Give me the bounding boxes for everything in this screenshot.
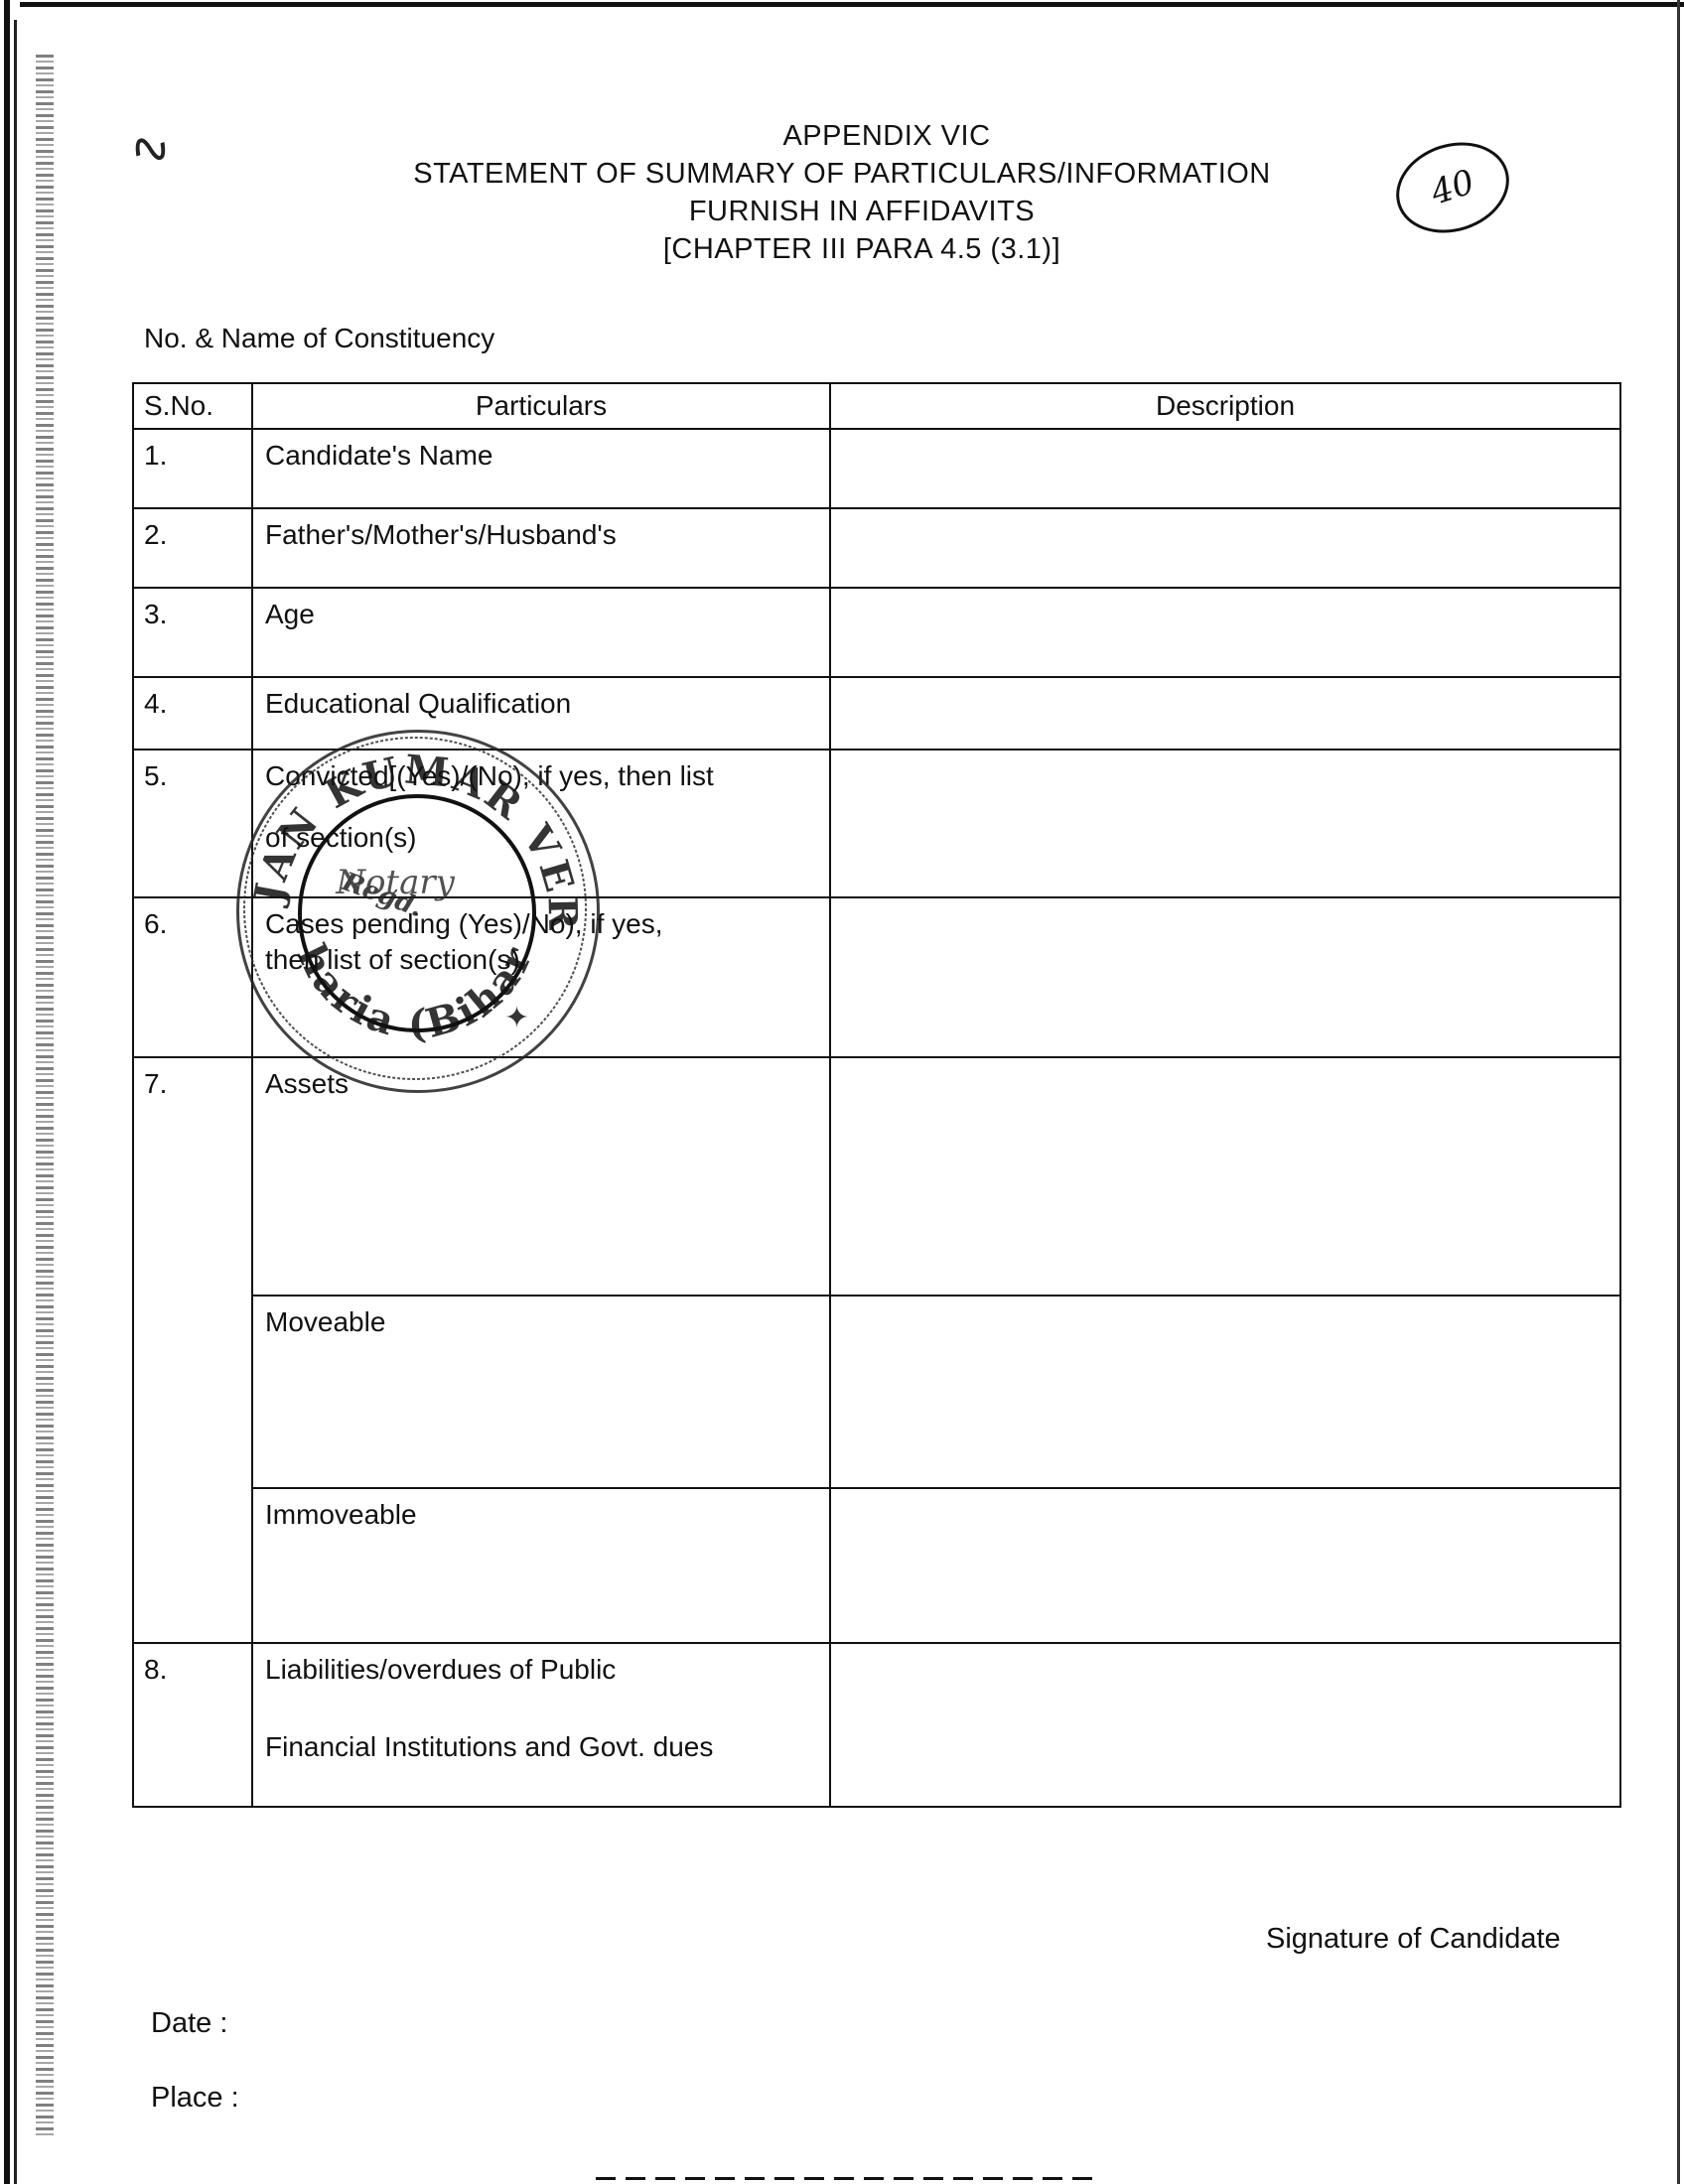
signature-label: Signature of Candidate — [1266, 1923, 1561, 1956]
particular-label: Age — [253, 589, 829, 632]
description-cell-candidate-name[interactable] — [830, 429, 1620, 508]
description-cell-convicted[interactable] — [830, 750, 1620, 897]
particular-label: Cases pending (Yes)/No), if yes, — [253, 898, 829, 942]
description-cell-liabilities[interactable] — [830, 1643, 1620, 1807]
particular-label: Educational Qualification — [253, 678, 829, 722]
particulars-table: S.No. Particulars Description 1. Candida… — [132, 382, 1621, 1808]
particular-label: Candidate's Name — [253, 430, 829, 474]
particular-label-cont: then list of section(s) — [253, 942, 829, 978]
description-cell-assets[interactable] — [830, 1057, 1620, 1296]
particular-label: Liabilities/overdues of Public — [253, 1644, 829, 1688]
particular-label: Assets — [253, 1058, 829, 1102]
scan-edge-left — [4, 0, 10, 2184]
row-number: 4. — [144, 678, 251, 722]
row-number: 2. — [144, 509, 251, 553]
particular-label-immoveable: Immoveable — [253, 1489, 829, 1533]
scan-edge-right — [1677, 0, 1680, 2184]
column-header-particulars: Particulars — [252, 383, 830, 429]
table-subrow: Immoveable — [133, 1488, 1620, 1643]
table-row: 5. Convicted[(Yes)/(No), if yes, then li… — [133, 750, 1620, 897]
row-number: 6. — [144, 898, 251, 942]
particular-label-moveable: Moveable — [253, 1297, 829, 1340]
table-row: 7. Assets — [133, 1057, 1620, 1296]
scan-edge-top — [20, 2, 1684, 7]
column-header-sno: S.No. — [133, 383, 252, 429]
column-header-description: Description — [830, 383, 1620, 429]
particular-label-cont: of section(s) — [253, 794, 829, 856]
row-number: 3. — [144, 589, 251, 632]
row-number: 1. — [144, 430, 251, 474]
particular-label-cont: Financial Institutions and Govt. dues — [253, 1688, 829, 1765]
table-row: 1. Candidate's Name — [133, 429, 1620, 508]
chapter-reference: [CHAPTER III PARA 4.5 (3.1)] — [0, 230, 1684, 268]
table-row: 3. Age — [133, 588, 1620, 677]
row-number: 7. — [144, 1058, 251, 1102]
table-row: 8. Liabilities/overdues of Public Financ… — [133, 1643, 1620, 1807]
binding-speckle — [36, 55, 54, 2139]
place-label: Place : — [151, 2082, 239, 2115]
table-row: 2. Father's/Mother's/Husband's — [133, 508, 1620, 588]
constituency-label: No. & Name of Constituency — [144, 323, 494, 354]
scan-edge-left-inner — [14, 20, 17, 2184]
description-cell-age[interactable] — [830, 588, 1620, 677]
date-label: Date : — [151, 2007, 227, 2040]
description-cell-education[interactable] — [830, 677, 1620, 750]
table-row: 4. Educational Qualification — [133, 677, 1620, 750]
table-subrow: Moveable — [133, 1296, 1620, 1488]
scan-edge-bottom — [596, 2177, 1092, 2180]
description-cell-cases-pending[interactable] — [830, 897, 1620, 1057]
particular-label: Father's/Mother's/Husband's — [253, 509, 829, 553]
row-number: 8. — [144, 1644, 251, 1688]
description-cell-moveable[interactable] — [830, 1296, 1620, 1488]
description-cell-immoveable[interactable] — [830, 1488, 1620, 1643]
row-number: 5. — [144, 751, 251, 794]
description-cell-parent-name[interactable] — [830, 508, 1620, 588]
table-row: 6. Cases pending (Yes)/No), if yes, then… — [133, 897, 1620, 1057]
table-header-row: S.No. Particulars Description — [133, 383, 1620, 429]
particular-label: Convicted[(Yes)/(No), if yes, then list — [253, 751, 829, 794]
